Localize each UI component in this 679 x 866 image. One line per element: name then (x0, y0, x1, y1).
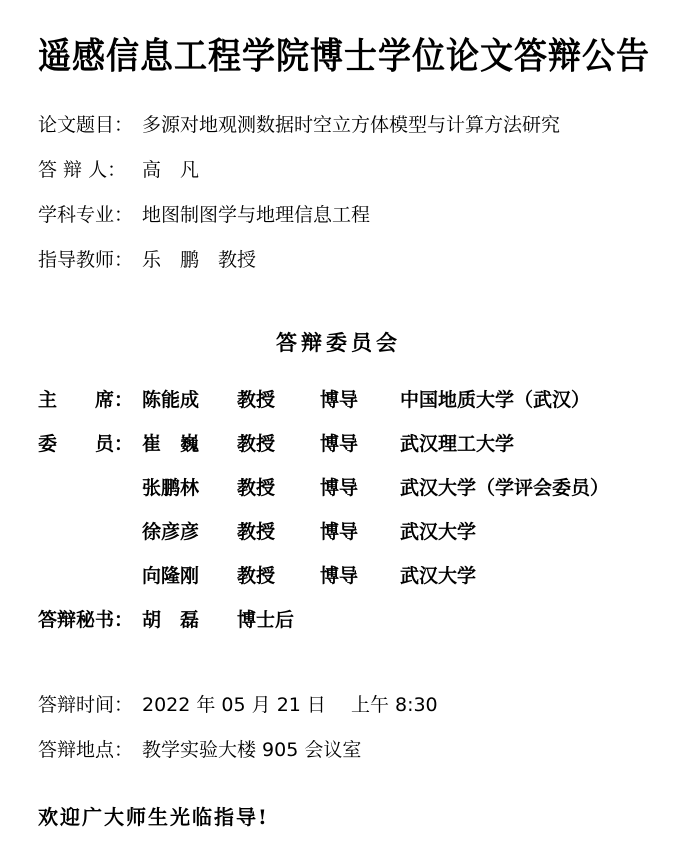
committee-member-affiliation: 武汉大学 (400, 521, 639, 543)
thesis-title-line: 论文题目：多源对地观测数据时空立方体模型与计算方法研究 (38, 115, 639, 136)
committee-role: 主 席： (38, 389, 142, 411)
committee-row-member: 徐彦彦 教授 博导 武汉大学 (38, 521, 639, 543)
advisor-line: 指导教师：乐 鹏 教授 (38, 250, 639, 271)
committee-member-title: 教授 (237, 389, 320, 411)
committee-member-name: 向隆刚 (142, 565, 237, 587)
committee-row-member: 张鹏林 教授 博导 武汉大学（学评会委员） (38, 477, 639, 499)
defense-venue-line: 答辩地点：教学实验大楼 905 会议室 (38, 740, 639, 761)
committee-member-title: 教授 (237, 565, 320, 587)
committee-member-name: 陈能成 (142, 389, 237, 411)
committee-row-chairman: 主 席： 陈能成 教授 博导 中国地质大学（武汉） (38, 389, 639, 411)
committee-role: 委 员： (38, 433, 142, 455)
defender-label: 答 辩 人： (38, 160, 142, 181)
major-label: 学科专业： (38, 205, 142, 226)
defense-venue-label: 答辩地点： (38, 740, 142, 761)
defense-venue-value: 教学实验大楼 905 会议室 (142, 739, 361, 761)
committee-member-title: 教授 (237, 433, 320, 455)
committee-row-member: 委 员： 崔 巍 教授 博导 武汉理工大学 (38, 433, 639, 455)
committee-member-affiliation: 武汉大学 (400, 565, 639, 587)
committee-role (38, 521, 142, 543)
major-value: 地图制图学与地理信息工程 (142, 204, 370, 226)
committee-heading: 答辩委员会 (38, 327, 639, 357)
committee-member-title: 教授 (237, 477, 320, 499)
schedule-section: 答辩时间：2022 年 05 月 21 日 上午 8:30 答辩地点：教学实验大… (38, 695, 639, 761)
committee-list: 主 席： 陈能成 教授 博导 中国地质大学（武汉） 委 员： 崔 巍 教授 博导… (38, 389, 639, 631)
committee-member-supervisor: 博导 (320, 477, 400, 499)
committee-member-affiliation: 中国地质大学（武汉） (400, 389, 639, 411)
advisor-label: 指导教师： (38, 250, 142, 271)
defender-value: 高 凡 (142, 159, 199, 181)
committee-member-supervisor: 博导 (320, 565, 400, 587)
committee-member-affiliation (400, 609, 639, 631)
defense-time-value: 2022 年 05 月 21 日 上午 8:30 (142, 694, 438, 716)
announcement-page: 遥感信息工程学院博士学位论文答辩公告 论文题目：多源对地观测数据时空立方体模型与… (0, 0, 679, 866)
page-title: 遥感信息工程学院博士学位论文答辩公告 (38, 28, 639, 79)
committee-member-affiliation: 武汉理工大学 (400, 433, 639, 455)
thesis-info-section: 论文题目：多源对地观测数据时空立方体模型与计算方法研究 答 辩 人：高 凡 学科… (38, 115, 639, 271)
committee-role (38, 565, 142, 587)
committee-member-supervisor: 博导 (320, 389, 400, 411)
welcome-message: 欢迎广大师生光临指导! (38, 801, 639, 830)
committee-member-name: 张鹏林 (142, 477, 237, 499)
thesis-title-label: 论文题目： (38, 115, 142, 136)
committee-member-name: 崔 巍 (142, 433, 237, 455)
defender-line: 答 辩 人：高 凡 (38, 160, 639, 181)
committee-member-title: 博士后 (237, 609, 320, 631)
committee-member-supervisor: 博导 (320, 521, 400, 543)
committee-member-supervisor (320, 609, 400, 631)
committee-member-affiliation: 武汉大学（学评会委员） (400, 477, 639, 499)
major-line: 学科专业：地图制图学与地理信息工程 (38, 205, 639, 226)
committee-row-member: 向隆刚 教授 博导 武汉大学 (38, 565, 639, 587)
committee-row-secretary: 答辩秘书： 胡 磊 博士后 (38, 609, 639, 631)
committee-member-name: 徐彦彦 (142, 521, 237, 543)
thesis-title-value: 多源对地观测数据时空立方体模型与计算方法研究 (142, 114, 560, 136)
committee-member-name: 胡 磊 (142, 609, 237, 631)
committee-role: 答辩秘书： (38, 609, 142, 631)
committee-member-supervisor: 博导 (320, 433, 400, 455)
defense-time-label: 答辩时间： (38, 695, 142, 716)
committee-member-title: 教授 (237, 521, 320, 543)
defense-time-line: 答辩时间：2022 年 05 月 21 日 上午 8:30 (38, 695, 639, 716)
committee-role (38, 477, 142, 499)
advisor-value: 乐 鹏 教授 (142, 249, 256, 271)
